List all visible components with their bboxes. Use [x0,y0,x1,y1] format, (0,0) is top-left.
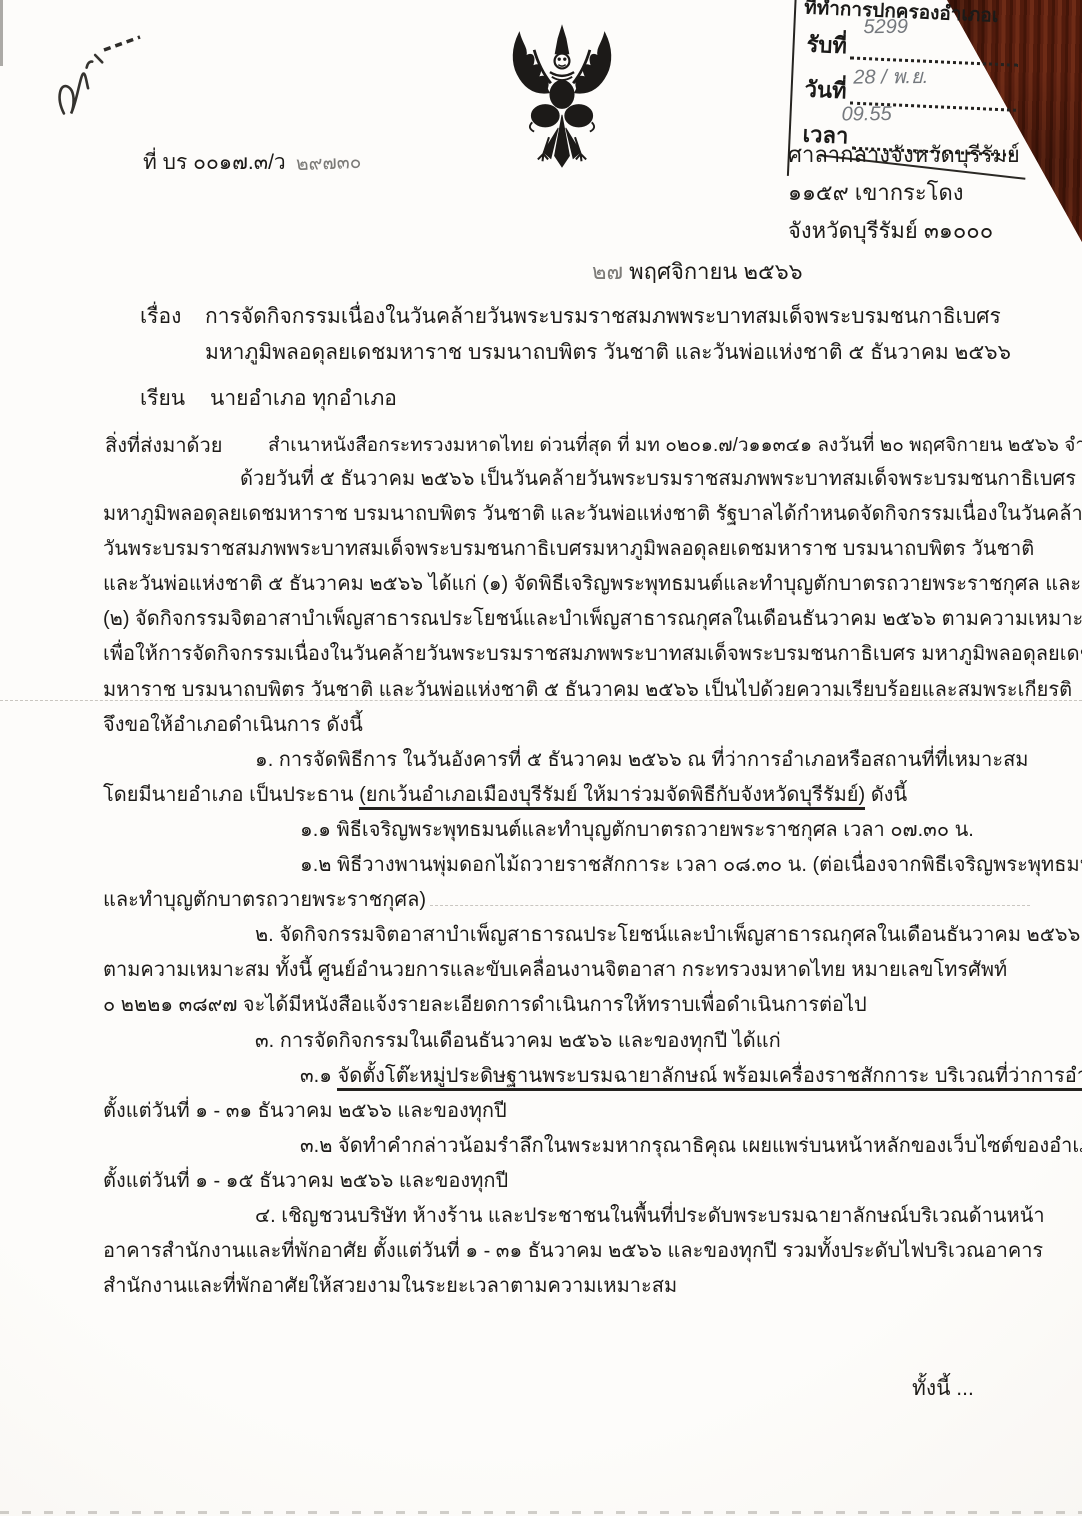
body-line: อาคารสำนักงานและที่พักอาศัย ตั้งแต่วันที… [103,1234,1033,1269]
subject-label: เรื่อง [140,300,181,333]
to-label: เรียน [140,382,185,415]
sender-address: ศาลากลางจังหวัดบุรีรัมย์ ๑๑๕๙ เขากระโดง … [788,136,1020,250]
body-line-item-3: ๓. การจัดกิจกรรมในเดือนธันวาคม ๒๕๖๖ และข… [103,1024,1033,1059]
attachment-label: สิ่งที่ส่งมาด้วย [105,429,222,461]
body-line-segment: ๓.๑ [300,1065,337,1087]
address-line: จังหวัดบุรีรัมย์ ๓๑๐๐๐ [788,212,1020,250]
body-line-item-1-1: ๑.๑ พิธีเจริญพระพุทธมนต์และทำบุญตักบาตรถ… [103,813,1033,848]
body-line: ๐ ๒๒๒๑ ๓๘๙๗ จะได้มีหนังสือแจ้งรายละเอียด… [103,988,1033,1023]
doc-number-handwritten: ๒๙๗๓๐ [295,147,361,179]
date-month-year: พฤศจิกายน ๒๕๖๖ [623,259,803,284]
body-line: และทำบุญตักบาตรถวายพระราชกุศล) [103,883,1033,918]
to-value: นายอำเภอ ทุกอำเภอ [210,382,397,415]
doc-number-printed: ที่ บร ๐๐๑๗.๓/ว [143,151,286,174]
scan-artifact-line [430,905,1030,906]
body-line: สำนักงานและที่พักอาศัยให้สวยงามในระยะเวล… [103,1269,1033,1304]
body-line-item-1: ๑. การจัดพิธีการ ในวันอังคารที่ ๕ ธันวาค… [103,743,1033,778]
stamp-date-handwritten: 28 / พ.ย. [853,60,928,93]
body-line-item-2: ๒. จัดกิจกรรมจิตอาสาบำเพ็ญสาธารณประโยชน์… [103,918,1033,953]
handwritten-signature-scribble [10,14,150,129]
body-line: มหาภูมิพลอดุลยเดชมหาราช บรมนาถบพิตร วันช… [103,497,1033,532]
underlined-text: จัดตั้งโต๊ะหมู่ประดิษฐานพระบรมฉายาลักษณ์… [337,1065,1082,1091]
body-line: ด้วยวันที่ ๕ ธันวาคม ๒๕๖๖ เป็นวันคล้ายวั… [103,462,1033,497]
attachment-value: สำเนาหนังสือกระทรวงมหาดไทย ด่วนที่สุด ที… [268,430,1082,460]
body-line: ตั้งแต่วันที่ ๑ - ๓๑ ธันวาคม ๒๕๖๖ และของ… [103,1094,1033,1129]
address-line: ศาลากลางจังหวัดบุรีรัมย์ [788,136,1020,174]
body-line: วันพระบรมราชสมภพพระบาทสมเด็จพระบรมชนกาธิ… [103,532,1033,567]
scan-artifact-line [0,1511,1082,1514]
continuation-note: ทั้งนี้ ... [912,1372,974,1405]
garuda-emblem-icon [497,24,627,176]
stamp-time-handwritten: 09.55 [842,103,892,126]
doc-number: ที่ บร ๐๐๑๗.๓/ว๒๙๗๓๐ [143,146,361,179]
underlined-text: (ยกเว้นอำเภอเมืองบุรีรัมย์ ให้มาร่วมจัดพ… [359,784,865,810]
body-line: โดยมีนายอำเภอ เป็นประธาน (ยกเว้นอำเภอเมื… [103,778,1033,813]
subject-line2: มหาภูมิพลอดุลยเดชมหาราช บรมนาถบพิตร วันช… [205,336,1011,369]
body-line: เพื่อให้การจัดกิจกรรมเนื่องในวันคล้ายวัน… [103,637,1033,672]
body-line: ตั้งแต่วันที่ ๑ - ๑๕ ธันวาคม ๒๕๖๖ และของ… [103,1164,1033,1199]
body-line: มหาราช บรมนาถบพิตร วันชาติ และวันพ่อแห่ง… [103,673,1033,708]
body-line: จึงขอให้อำเภอดำเนินการ ดังนี้ [103,708,1033,743]
scan-artifact-line [0,700,1082,701]
body-line-item-4: ๔. เชิญชวนบริษัท ห้างร้าน และประชาชนในพื… [103,1199,1033,1234]
date-day-faint: ๒๗ [592,259,623,284]
body-line-item-1-2: ๑.๒ พิธีวางพานพุ่มดอกไม้ถวายราชสักการะ เ… [103,848,1033,883]
stamp-received-handwritten: 5299 [863,16,908,39]
body-line-segment: ดังนี้ [865,784,907,806]
letter-date: ๒๗ พฤศจิกายน ๒๕๖๖ [592,254,803,289]
body-line-segment: โดยมีนายอำเภอ เป็นประธาน [103,784,359,806]
stamp-received-label: รับที่ [806,27,848,64]
body-line-item-3-1: ๓.๑ จัดตั้งโต๊ะหมู่ประดิษฐานพระบรมฉายาลั… [103,1059,1033,1094]
body-line-item-3-2: ๓.๒ จัดทำคำกล่าวน้อมรำลึกในพระมหากรุณาธิ… [103,1129,1033,1164]
body-line: และวันพ่อแห่งชาติ ๕ ธันวาคม ๒๕๖๖ ได้แก่ … [103,567,1033,602]
subject-line1: การจัดกิจกรรมเนื่องในวันคล้ายวันพระบรมรา… [205,300,1001,333]
body-line: (๒) จัดกิจกรรมจิตอาสาบำเพ็ญสาธารณประโยชน… [103,602,1033,637]
letter-body: ด้วยวันที่ ๕ ธันวาคม ๒๕๖๖ เป็นวันคล้ายวั… [103,462,1033,1304]
scanned-official-letter: ที่ทำการปกครองอำเภอเ รับที่ วันที่ เวลา … [0,0,1082,1516]
address-line: ๑๑๕๙ เขากระโดง [788,174,1020,212]
scan-edge-artifact [0,0,3,66]
body-line: ตามความเหมาะสม ทั้งนี้ ศูนย์อำนวยการและข… [103,953,1033,988]
